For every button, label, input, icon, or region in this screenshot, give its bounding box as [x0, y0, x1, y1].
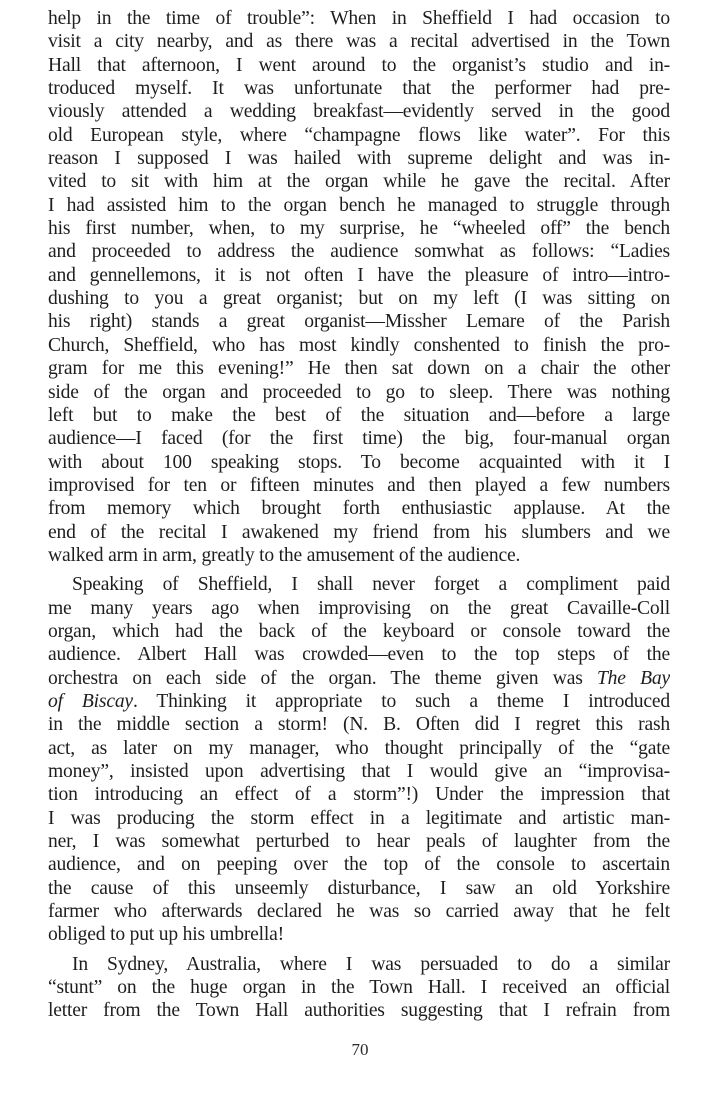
text-line: with about 100 speaking stops. To become…: [48, 451, 670, 474]
text-segment: . Thinking it appropriate to such a them…: [133, 691, 670, 712]
text-line: tion introducing an effect of a storm”!)…: [48, 783, 670, 806]
text-line: Speaking of Sheffield, I shall never for…: [48, 573, 670, 596]
text-line: obliged to put up his umbrella!: [48, 923, 670, 946]
italic-title: The Bay: [597, 668, 670, 689]
text-line: end of the recital I awakened my friend …: [48, 521, 670, 544]
text-line: from memory which brought forth enthusia…: [48, 497, 670, 520]
text-line: I had assisted him to the organ bench he…: [48, 194, 670, 217]
text-line: side of the organ and proceeded to go to…: [48, 381, 670, 404]
text-line: orchestra on each side of the organ. The…: [48, 667, 670, 690]
text-line: vited to sit with him at the organ while…: [48, 170, 670, 193]
text-line: dushing to you a great organist; but on …: [48, 287, 670, 310]
text-line: organ, which had the back of the keyboar…: [48, 620, 670, 643]
text-line: his first number, when, to my surprise, …: [48, 217, 670, 240]
text-line: and proceeded to address the audience so…: [48, 240, 670, 263]
paragraph-1: help in the time of trouble”: When in Sh…: [48, 7, 670, 567]
text-line: troduced myself. It was unfortunate that…: [48, 77, 670, 100]
text-line: ner, I was somewhat perturbed to hear pe…: [48, 830, 670, 853]
text-line: old European style, where “champagne flo…: [48, 124, 670, 147]
text-line: gram for me this evening!” He then sat d…: [48, 357, 670, 380]
text-line: Church, Sheffield, who has most kindly c…: [48, 334, 670, 357]
book-page-body: help in the time of trouble”: When in Sh…: [48, 7, 670, 1023]
paragraph-2: Speaking of Sheffield, I shall never for…: [48, 573, 670, 947]
text-line: I was producing the storm effect in a le…: [48, 807, 670, 830]
text-line: in the middle section a storm! (N. B. Of…: [48, 713, 670, 736]
text-line: “stunt” on the huge organ in the Town Ha…: [48, 976, 670, 999]
text-line: Hall that afternoon, I went around to th…: [48, 54, 670, 77]
italic-title: of Biscay: [48, 691, 133, 712]
text-line: walked arm in arm, greatly to the amusem…: [48, 544, 670, 567]
text-line: viously attended a wedding breakfast—evi…: [48, 100, 670, 123]
text-line: improvised for ten or fifteen minutes an…: [48, 474, 670, 497]
text-line: In Sydney, Australia, where I was persua…: [48, 953, 670, 976]
text-line: left but to make the best of the situati…: [48, 404, 670, 427]
text-line: letter from the Town Hall authorities su…: [48, 999, 670, 1022]
text-line: act, as later on my manager, who thought…: [48, 737, 670, 760]
text-line: visit a city nearby, and as there was a …: [48, 30, 670, 53]
paragraph-3: In Sydney, Australia, where I was persua…: [48, 953, 670, 1023]
text-line: his right) stands a great organist—Missh…: [48, 310, 670, 333]
page-number: 70: [0, 1040, 720, 1060]
text-line: and gennellemons, it is not often I have…: [48, 264, 670, 287]
text-line: audience. Albert Hall was crowded—even t…: [48, 643, 670, 666]
text-line: help in the time of trouble”: When in Sh…: [48, 7, 670, 30]
text-line: of Biscay. Thinking it appropriate to su…: [48, 690, 670, 713]
text-line: farmer who afterwards declared he was so…: [48, 900, 670, 923]
text-segment: orchestra on each side of the organ. The…: [48, 668, 597, 689]
text-line: reason I supposed I was hailed with supr…: [48, 147, 670, 170]
text-line: money”, insisted upon advertising that I…: [48, 760, 670, 783]
text-line: the cause of this unseemly disturbance, …: [48, 877, 670, 900]
text-line: audience, and on peeping over the top of…: [48, 853, 670, 876]
text-line: me many years ago when improvising on th…: [48, 597, 670, 620]
text-line: audience—I faced (for the first time) th…: [48, 427, 670, 450]
